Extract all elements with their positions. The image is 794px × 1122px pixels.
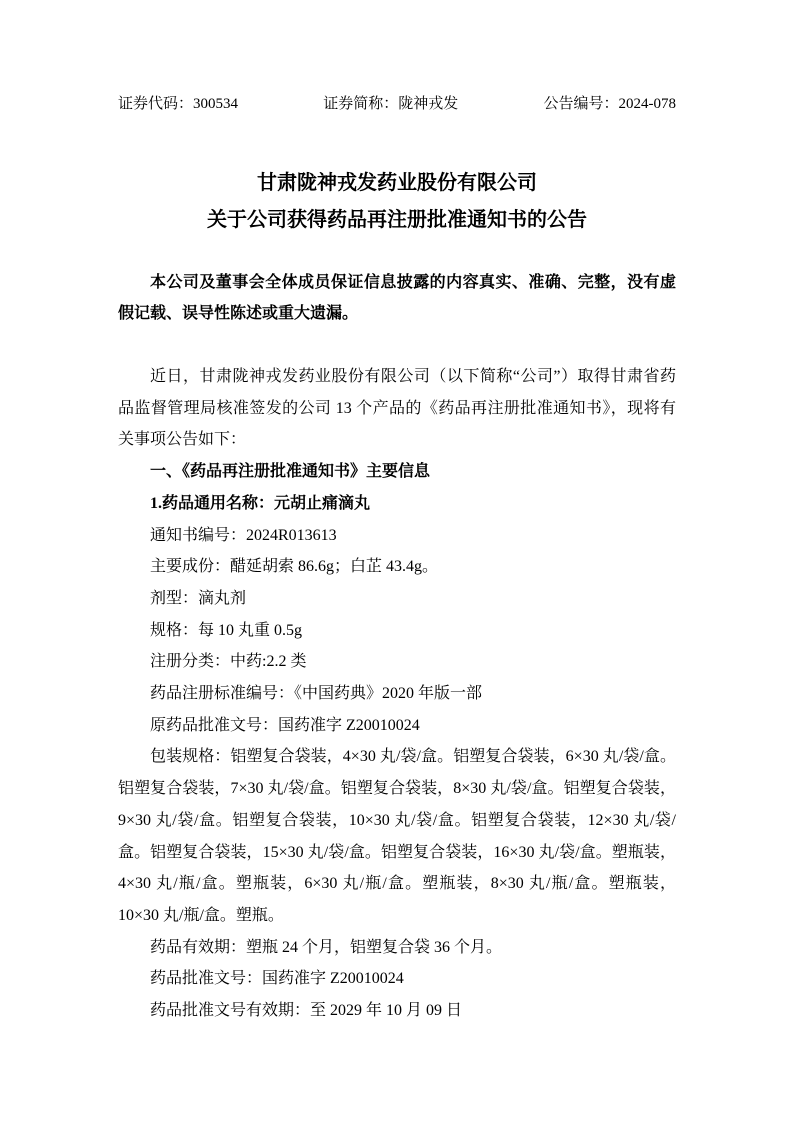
field-main-ingredients: 主要成份：醋延胡索 86.6g；白芷 43.4g。 <box>118 551 676 583</box>
stock-short-name: 证券简称：陇神戎发 <box>323 94 458 115</box>
field-specification: 规格：每 10 丸重 0.5g <box>118 615 676 647</box>
field-registration-class: 注册分类：中药:2.2 类 <box>118 646 676 678</box>
pledge-statement: 本公司及董事会全体成员保证信息披露的内容真实、准确、完整，没有虚假记载、误导性陈… <box>118 267 676 329</box>
field-original-approval-number: 原药品批准文号：国药准字 Z20010024 <box>118 710 676 742</box>
field-approval-number-validity: 药品批准文号有效期：至 2029 年 10 月 09 日 <box>118 995 676 1027</box>
stock-code: 证券代码：300534 <box>118 94 238 115</box>
field-dosage-form: 剂型：滴丸剂 <box>118 583 676 615</box>
field-approval-number: 药品批准文号：国药准字 Z20010024 <box>118 963 676 995</box>
document-title: 甘肃陇神戎发药业股份有限公司 关于公司获得药品再注册批准通知书的公告 <box>118 165 676 239</box>
field-registration-standard-number: 药品注册标准编号：《中国药典》2020 年版一部 <box>118 678 676 710</box>
announcement-subject-title-line: 关于公司获得药品再注册批准通知书的公告 <box>118 202 676 239</box>
drug-generic-name-line: 1.药品通用名称：元胡止痛滴丸 <box>118 488 676 520</box>
announcement-number: 公告编号：2024-078 <box>544 94 677 115</box>
intro-paragraph: 近日，甘肃陇神戎发药业股份有限公司（以下简称“公司”）取得甘肃省药品监督管理局核… <box>118 361 676 456</box>
field-shelf-life: 药品有效期：塑瓶 24 个月，铝塑复合袋 36 个月。 <box>118 932 676 964</box>
company-name-title-line: 甘肃陇神戎发药业股份有限公司 <box>118 165 676 202</box>
document-header: 证券代码：300534 证券简称：陇神戎发 公告编号：2024-078 <box>118 94 676 115</box>
field-notice-number: 通知书编号：2024R013613 <box>118 520 676 552</box>
field-packaging-specification: 包装规格：铝塑复合袋装，4×30 丸/袋/盒。铝塑复合袋装，6×30 丸/袋/盒… <box>118 741 676 931</box>
section-1-heading: 一、《药品再注册批准通知书》主要信息 <box>118 456 676 488</box>
document-page: 证券代码：300534 证券简称：陇神戎发 公告编号：2024-078 甘肃陇神… <box>0 0 794 1122</box>
